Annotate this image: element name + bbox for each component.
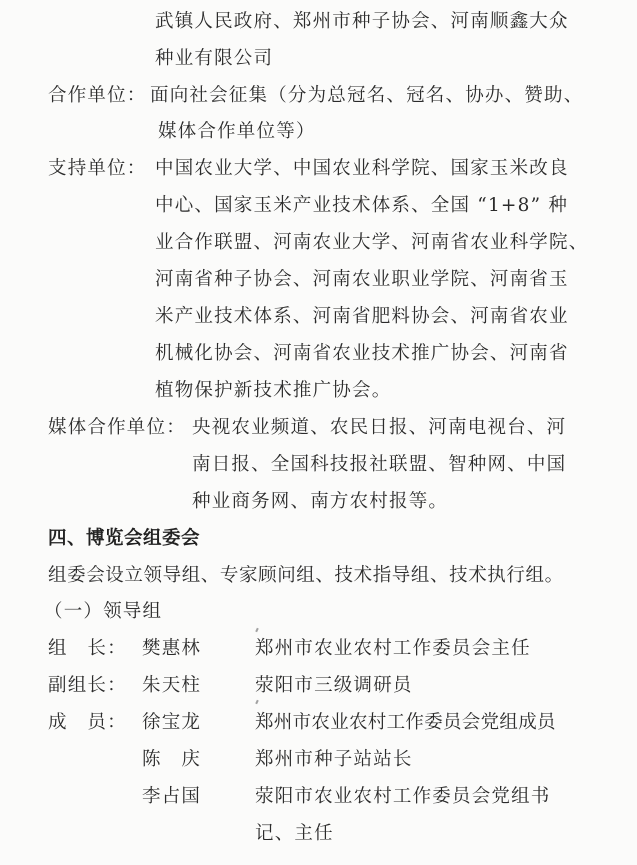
media-units-line-2: 南日报、全国科技报社联盟、智种网、中国: [192, 453, 566, 477]
role-deputy-leader: 副组长：: [48, 674, 127, 698]
support-units-line-2: 中心、国家玉米产业技术体系、全国 “1+8” 种: [155, 194, 568, 218]
support-units-line-5: 米产业技术体系、河南省肥料协会、河南省农业: [155, 305, 569, 329]
media-units-line-3: 种业商务网、南方农村报等。: [192, 490, 448, 514]
support-units-line-3: 业合作联盟、河南农业大学、河南省农业科学院、: [155, 231, 588, 255]
scan-speck: [255, 628, 259, 632]
title-deputy-leader: 荥阳市三级调研员: [255, 674, 413, 698]
name-deputy-leader: 朱天柱: [142, 674, 201, 698]
title-member-2: 郑州市种子站站长: [255, 748, 413, 772]
cooperation-units-line-2: 媒体合作单位等）: [158, 120, 316, 144]
title-member-3-line-1: 荥阳市农业农村工作委员会党组书: [255, 785, 551, 809]
organizers-line-1: 武镇人民政府、郑州市种子协会、河南顺鑫大众: [155, 10, 569, 34]
support-units-line-7: 植物保护新技术推广协会。: [155, 379, 391, 403]
section-four-heading: 四、博览会组委会: [48, 527, 200, 551]
support-units-line-6: 机械化协会、河南省农业技术推广协会、河南省: [155, 342, 569, 366]
media-units-line-1: 央视农业频道、农民日报、河南电视台、河: [192, 416, 566, 440]
cooperation-units-label: 合作单位：: [48, 84, 147, 108]
cooperation-units-line-1: 面向社会征集（分为总冠名、冠名、协办、赞助、: [150, 84, 583, 108]
role-member: 成 员：: [48, 711, 127, 735]
support-units-line-1: 中国农业大学、中国农业科学院、国家玉米改良: [155, 157, 569, 181]
name-member-2: 陈 庆: [142, 748, 201, 772]
organizers-line-2: 种业有限公司: [155, 47, 273, 71]
leadership-subheading: （一）领导组: [44, 600, 162, 624]
support-units-line-4: 河南省种子协会、河南农业职业学院、河南省玉: [155, 268, 569, 292]
name-member-3: 李占国: [142, 785, 201, 809]
support-units-label: 支持单位：: [48, 157, 147, 181]
scan-speck: [255, 700, 259, 704]
media-units-label: 媒体合作单位：: [48, 416, 186, 440]
title-member-1: 郑州市农业农村工作委员会党组成员: [255, 711, 556, 735]
name-member-1: 徐宝龙: [142, 711, 201, 735]
title-member-3-line-2: 记、主任: [255, 822, 334, 846]
role-leader: 组 长：: [48, 637, 127, 661]
section-four-intro: 组委会设立领导组、专家顾问组、技术指导组、技术执行组。: [48, 564, 564, 588]
title-leader: 郑州市农业农村工作委员会主任: [255, 637, 531, 661]
name-leader: 樊惠林: [142, 637, 201, 661]
